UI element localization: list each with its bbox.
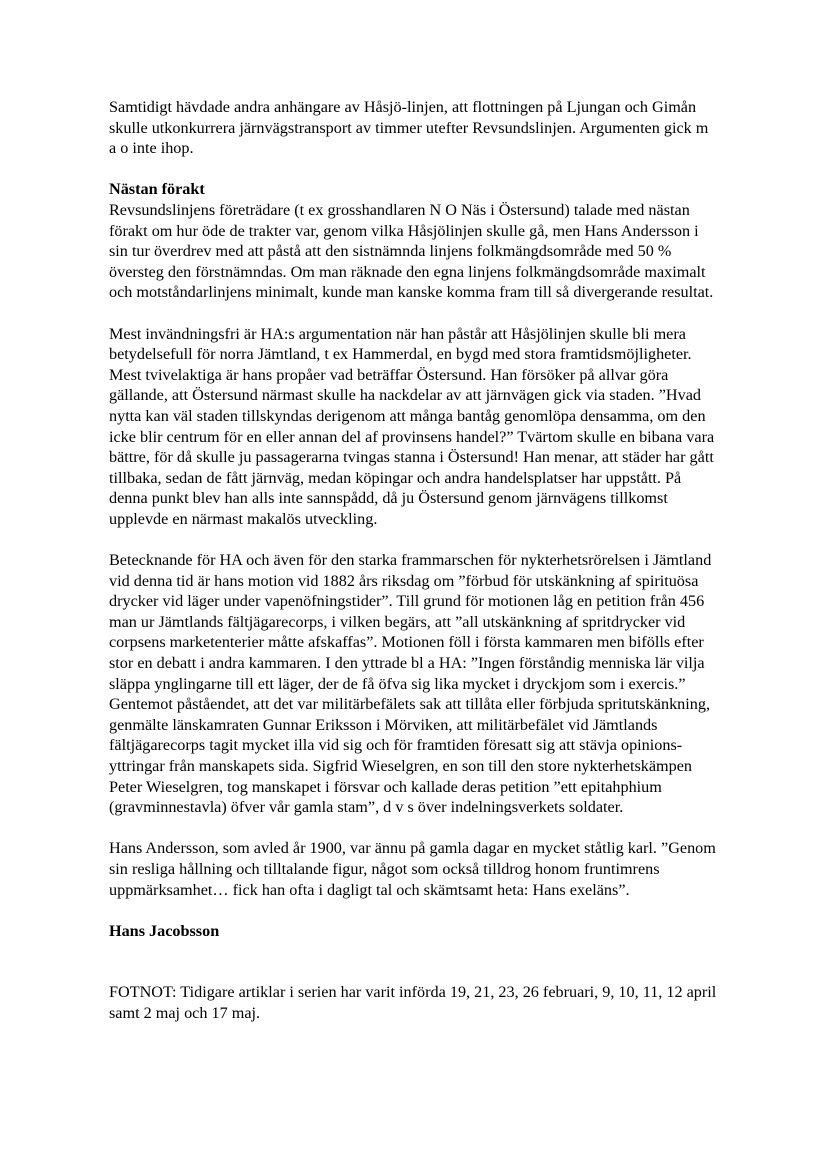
text-line: Mest tvivelaktiga är hans propåer vad be… <box>109 365 749 386</box>
paragraph-4: Betecknande för HA och även för den star… <box>109 550 749 818</box>
text-line: Peter Wieselgren, tog manskapet i försva… <box>109 777 749 798</box>
document-page: Samtidigt hävdade andra anhängare av Hås… <box>109 97 749 1044</box>
paragraph-1: Samtidigt hävdade andra anhängare av Hås… <box>109 97 749 159</box>
text-line: släppa ynglingarne till ett läger, der d… <box>109 674 749 695</box>
text-line: vid denna tid är hans motion vid 1882 år… <box>109 571 749 592</box>
paragraph-2: Nästan förakt Revsundslinjens företrädar… <box>109 179 749 303</box>
text-line: skulle utkonkurrera järnvägstransport av… <box>109 118 749 139</box>
text-line: FOTNOT: Tidigare artiklar i serien har v… <box>109 982 749 1003</box>
text-line: översteg den förstnämndas. Om man räknad… <box>109 262 749 283</box>
text-line: uppmärksamhet… fick han ofta i dagligt t… <box>109 880 749 901</box>
text-line: bättre, för då skulle ju passagerarna tv… <box>109 447 749 468</box>
text-line: samt 2 maj och 17 maj. <box>109 1003 749 1024</box>
spacer <box>109 941 749 982</box>
text-line: (gravminnestavla) öfver vår gamla stam”,… <box>109 797 749 818</box>
text-line: Gentemot påståendet, att det var militär… <box>109 694 749 715</box>
text-line: man ur Jämtlands fältjägarecorps, i vilk… <box>109 612 749 633</box>
text-line: stor en debatt i andra kammaren. I den y… <box>109 653 749 674</box>
text-line: gällande, att Östersund närmast skulle h… <box>109 385 749 406</box>
text-line: Revsundslinjens företrädare (t ex grossh… <box>109 200 749 221</box>
text-line: yttringar från manskapets sida. Sigfrid … <box>109 756 749 777</box>
text-line: sin tur överdrev med att påstå att den s… <box>109 241 749 262</box>
paragraph-3: Mest invändningsfri är HA:s argumentatio… <box>109 324 749 530</box>
author-signature: Hans Jacobsson <box>109 921 749 942</box>
text-line: Samtidigt hävdade andra anhängare av Hås… <box>109 97 749 118</box>
text-line: fältjägarecorps tagit mycket illa vid si… <box>109 735 749 756</box>
text-line: tillbaka, sedan de fått järnväg, medan k… <box>109 468 749 489</box>
text-line: denna punkt blev han alls inte sannspådd… <box>109 488 749 509</box>
text-line: icke blir centrum för en eller annan del… <box>109 427 749 448</box>
text-line: och motståndarlinjens minimalt, kunde ma… <box>109 282 749 303</box>
text-line: Mest invändningsfri är HA:s argumentatio… <box>109 324 749 345</box>
text-line: Betecknande för HA och även för den star… <box>109 550 749 571</box>
footnote: FOTNOT: Tidigare artiklar i serien har v… <box>109 982 749 1023</box>
paragraph-5: Hans Andersson, som avled år 1900, var ä… <box>109 838 749 900</box>
section-heading: Nästan förakt <box>109 179 749 200</box>
text-line: nytta kan väl staden tillskyndas derigen… <box>109 406 749 427</box>
text-line: upplevde en närmast makalös utveckling. <box>109 509 749 530</box>
text-line: betydelsefull för norra Jämtland, t ex H… <box>109 344 749 365</box>
text-line: a o inte ihop. <box>109 138 749 159</box>
text-line: sin resliga hållning och tilltalande fig… <box>109 859 749 880</box>
text-line: förakt om hur öde de trakter var, genom … <box>109 221 749 242</box>
text-line: genmälte länskamraten Gunnar Eriksson i … <box>109 715 749 736</box>
text-line: drycker vid läger under vapenöfningstide… <box>109 591 749 612</box>
text-line: Hans Andersson, som avled år 1900, var ä… <box>109 838 749 859</box>
text-line: corpsens marketenterier måtte afskaffas”… <box>109 632 749 653</box>
